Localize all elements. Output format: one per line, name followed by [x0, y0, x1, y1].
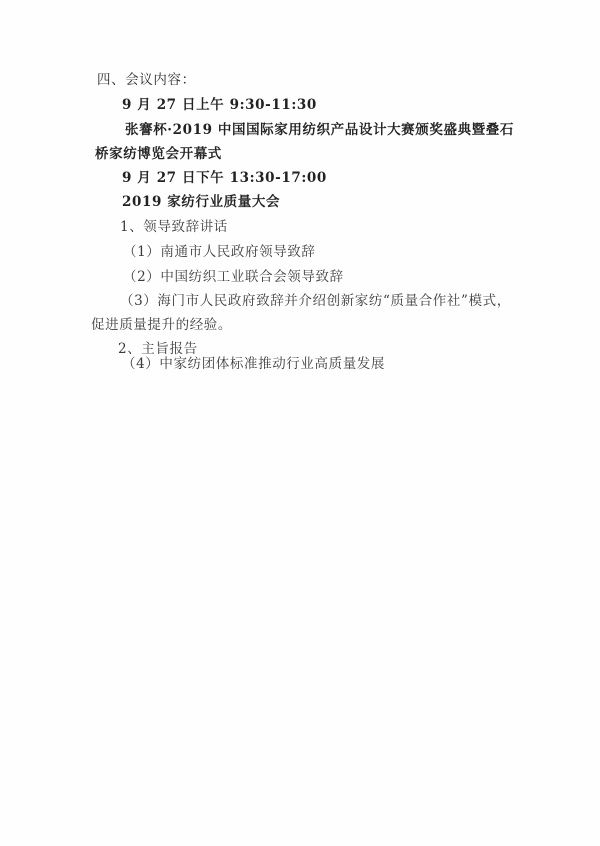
document-body	[0, 0, 600, 846]
